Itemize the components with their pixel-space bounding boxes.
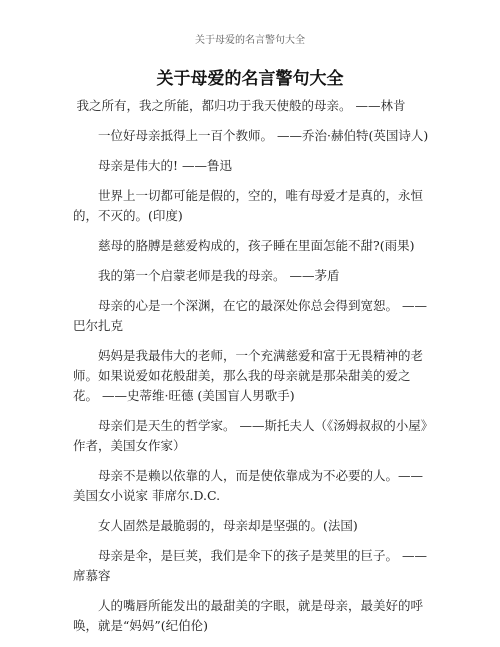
quote-paragraph: 世界上一切都可能是假的，空的，唯有母爱才是真的，永恒的，不灭的。(印度) — [73, 186, 429, 226]
quote-paragraph: 母亲们是天生的哲学家。 ——斯托夫人（《汤姆叔叔的小屋》作者，美国女作家） — [73, 416, 429, 456]
quote-paragraph: 一位好母亲抵得上一百个教师。 ——乔治·赫伯特(英国诗人) — [73, 126, 429, 146]
document-body: 我之所有，我之所能，都归功于我天使般的母亲。 ——林肯 一位好母亲抵得上一百个教… — [73, 96, 429, 646]
quote-paragraph: 人的嘴唇所能发出的最甜美的字眼，就是母亲，最美好的呼唤，就是“妈妈”(纪伯伦) — [73, 596, 429, 636]
quote-paragraph: 我的第一个启蒙老师是我的母亲。 ——茅盾 — [73, 266, 429, 286]
running-header: 关于母爱的名言警句大全 — [0, 31, 500, 46]
quote-paragraph: 母亲的心是一个深渊，在它的最深处你总会得到宽恕。 ——巴尔扎克 — [73, 296, 429, 336]
quote-paragraph: 母亲是伞，是巨荚，我们是伞下的孩子是荚里的巨子。 ——席慕容 — [73, 546, 429, 586]
quote-paragraph: 女人固然是最脆弱的，母亲却是坚强的。(法国) — [73, 516, 429, 536]
quote-paragraph: 慈母的胳膊是慈爱构成的，孩子睡在里面怎能不甜?(雨果) — [73, 236, 429, 256]
document-title: 关于母爱的名言警句大全 — [0, 64, 500, 89]
quote-paragraph: 我之所有，我之所能，都归功于我天使般的母亲。 ——林肯 — [69, 96, 429, 116]
quote-paragraph: 妈妈是我最伟大的老师，一个充满慈爱和富于无畏精神的老师。如果说爱如花般甜美，那么… — [73, 346, 429, 406]
quote-paragraph: 母亲不是赖以依靠的人，而是使依靠成为不必要的人。——美国女小说家 菲席尔.D.C… — [73, 466, 429, 506]
quote-paragraph: 母亲是伟大的! ——鲁迅 — [73, 156, 429, 176]
